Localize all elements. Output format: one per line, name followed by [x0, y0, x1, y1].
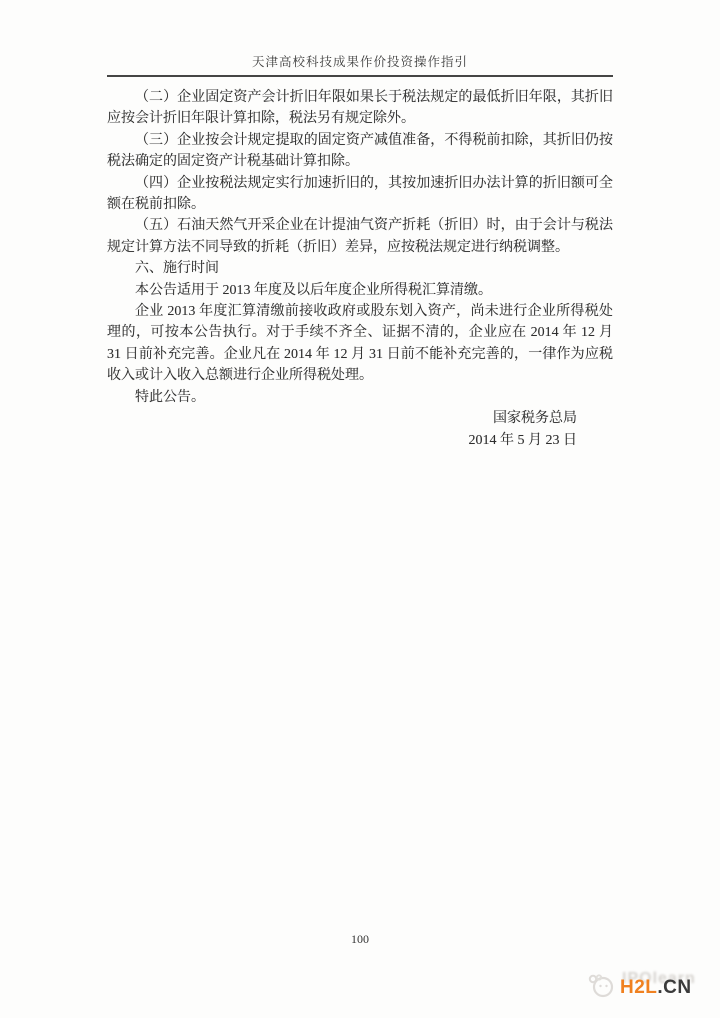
watermark-brand-text: H2L.CN	[620, 977, 692, 999]
header-rule	[107, 75, 613, 77]
page-header-title: 天津高校科技成果作价投资操作指引	[0, 52, 720, 70]
signature-date: 2014 年 5 月 23 日	[107, 430, 613, 451]
body-paragraph: 特此公告。	[107, 387, 613, 408]
watermark: IPOlearn H2L.CN	[588, 968, 714, 1002]
body-paragraph: （三）企业按会计规定提取的固定资产减值准备，不得税前扣除，其折旧仍按税法确定的固…	[107, 130, 613, 173]
document-body: （二）企业固定资产会计折旧年限如果长于税法规定的最低折旧年限，其折旧应按会计折旧…	[107, 87, 613, 451]
signature-org: 国家税务总局	[107, 408, 613, 429]
body-paragraph: （二）企业固定资产会计折旧年限如果长于税法规定的最低折旧年限，其折旧应按会计折旧…	[107, 87, 613, 130]
watermark-suffix: .CN	[657, 977, 691, 998]
faint-chat-logo-icon	[588, 974, 616, 1003]
document-page: 天津高校科技成果作价投资操作指引 （二）企业固定资产会计折旧年限如果长于税法规定…	[0, 0, 720, 1018]
page-number: 100	[0, 932, 720, 947]
body-paragraph: （五）石油天然气开采企业在计提油气资产折耗（折旧）时，由于会计与税法规定计算方法…	[107, 215, 613, 258]
body-paragraph: 企业 2013 年度汇算清缴前接收政府或股东划入资产，尚未进行企业所得税处理的，…	[107, 301, 613, 387]
body-paragraph: 本公告适用于 2013 年度及以后年度企业所得税汇算清缴。	[107, 280, 613, 301]
section-heading: 六、施行时间	[107, 258, 613, 279]
body-paragraph: （四）企业按税法规定实行加速折旧的，其按加速折旧办法计算的折旧额可全额在税前扣除…	[107, 173, 613, 216]
watermark-brand: H2L	[620, 977, 657, 998]
